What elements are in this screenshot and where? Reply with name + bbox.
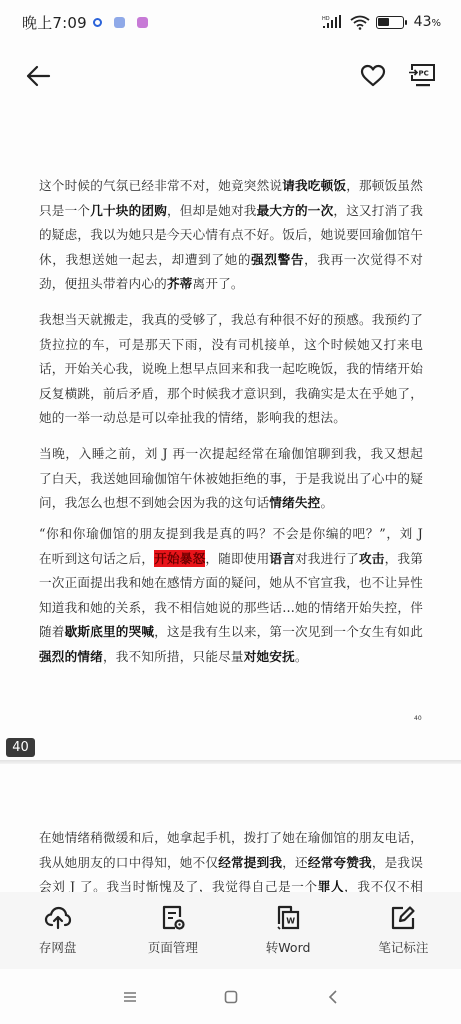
send-to-pc-button[interactable]: PC — [406, 60, 438, 92]
text-run: 离开了。 — [193, 276, 244, 291]
menu-icon — [123, 991, 137, 1003]
text-run: ，但却是她对我 — [167, 203, 257, 218]
save-to-cloud-button[interactable]: 存网盘 — [0, 892, 115, 969]
wifi-icon — [350, 15, 370, 30]
bold-text: 经常夸赞我 — [308, 855, 372, 870]
status-right: HD 43% — [322, 14, 441, 30]
battery-icon — [376, 16, 404, 29]
bold-text: 对她安抚 — [244, 649, 295, 664]
text-run: 。 — [320, 495, 333, 510]
text-run: ，我不知所措，只能尽量 — [103, 649, 244, 664]
system-nav-bar — [0, 969, 461, 1024]
svg-text:W: W — [286, 917, 295, 926]
text-run: 。 — [295, 649, 308, 664]
annotate-button[interactable]: 笔记标注 — [346, 892, 461, 969]
bold-text: 语言 — [269, 551, 295, 566]
highlighted-text[interactable]: 开始暴怒 — [154, 550, 205, 567]
text-run: ，这是我有生以来，第一次见到一个女生有如此 — [154, 624, 423, 639]
edit-note-icon — [389, 904, 417, 932]
text-run: 我想当天就搬走，我真的受够了，我总有种很不好的预感。我预约了货拉拉的车，可是那天… — [39, 312, 423, 425]
status-time: 晚上7:09 — [22, 12, 87, 33]
status-left: 晚上7:09 — [22, 12, 148, 33]
bold-text: 经常提到我 — [218, 855, 282, 870]
send-to-pc-icon: PC — [408, 63, 436, 89]
favorite-button[interactable] — [357, 60, 389, 92]
notification-dot-icon — [93, 18, 102, 27]
paragraph: 这个时候的气氛已经非常不对，她竟突然说请我吃顿饭，那顿饭虽然只是一个几十块的团购… — [39, 174, 423, 297]
paragraph: “你和你瑜伽馆的朋友提到我是真的吗？不会是你编的吧？”，刘 J 在听到这句话之后… — [39, 522, 423, 670]
back-icon — [328, 990, 338, 1004]
paragraph: 当晚，入睡之前，刘 J 再一次提起经常在瑜伽馆聊到我，我又想起了白天，我送她回瑜… — [39, 442, 423, 516]
text-run: 对我进行了 — [295, 551, 359, 566]
bold-text: 强烈的情绪 — [39, 649, 103, 664]
text-run: ，随即使用 — [205, 551, 269, 566]
text-run: ，还 — [282, 855, 308, 870]
svg-text:HD: HD — [322, 16, 330, 22]
page-footer-number: 40 — [414, 715, 422, 722]
app-notification-icon — [137, 17, 148, 28]
home-icon — [224, 990, 238, 1004]
bold-text: 最大方的一次 — [257, 203, 334, 218]
tool-label: 转Word — [266, 938, 311, 956]
tool-label: 存网盘 — [39, 938, 77, 956]
page-management-button[interactable]: 页面管理 — [115, 892, 230, 969]
tool-label: 笔记标注 — [378, 938, 428, 956]
current-page-badge: 40 — [6, 738, 35, 757]
bold-text: 芥蒂 — [167, 276, 193, 291]
bottom-toolbar: 存网盘 页面管理 W 转Word 笔记标注 — [0, 892, 461, 969]
page-settings-icon — [159, 904, 187, 932]
cellular-signal-icon: HD — [322, 15, 344, 29]
convert-to-word-button[interactable]: W 转Word — [231, 892, 346, 969]
system-back-button[interactable] — [322, 987, 344, 1007]
text-run: 当晚，入睡之前，刘 J 再一次提起经常在瑜伽馆聊到我，我又想起了白天，我送她回瑜… — [39, 446, 423, 510]
app-notification-icon — [114, 17, 125, 28]
bold-text: 攻击 — [359, 551, 385, 566]
home-button[interactable] — [220, 987, 242, 1007]
arrow-left-icon — [25, 65, 51, 87]
battery-percent: 43% — [414, 14, 441, 30]
app-header: PC — [0, 52, 461, 100]
bold-text: 强烈警告 — [251, 252, 304, 267]
heart-icon — [360, 64, 386, 88]
recent-apps-button[interactable] — [119, 987, 141, 1007]
bold-text: 几十块的团购 — [90, 203, 167, 218]
tool-label: 页面管理 — [148, 938, 198, 956]
bold-text: 情绪失控 — [269, 495, 320, 510]
text-run: 这个时候的气氛已经非常不对，她竟突然说 — [39, 178, 282, 193]
document-page-41[interactable]: 在她情绪稍微缓和后，她拿起手机，拨打了她在瑜伽馆的朋友电话，我从她朋友的口中得知… — [0, 764, 461, 894]
cloud-upload-icon — [44, 904, 72, 932]
back-button[interactable] — [22, 60, 54, 92]
convert-word-icon: W — [274, 904, 302, 932]
bold-text: 请我吃顿饭 — [282, 178, 346, 193]
document-page-40[interactable]: 这个时候的气氛已经非常不对，她竟突然说请我吃顿饭，那顿饭虽然只是一个几十块的团购… — [0, 110, 461, 762]
paragraph: 我想当天就搬走，我真的受够了，我总有种很不好的预感。我预约了货拉拉的车，可是那天… — [39, 308, 423, 431]
svg-text:PC: PC — [419, 70, 429, 78]
status-bar: 晚上7:09 HD 43% — [0, 0, 461, 44]
bold-text: 歇斯底里的哭喊 — [65, 624, 155, 639]
